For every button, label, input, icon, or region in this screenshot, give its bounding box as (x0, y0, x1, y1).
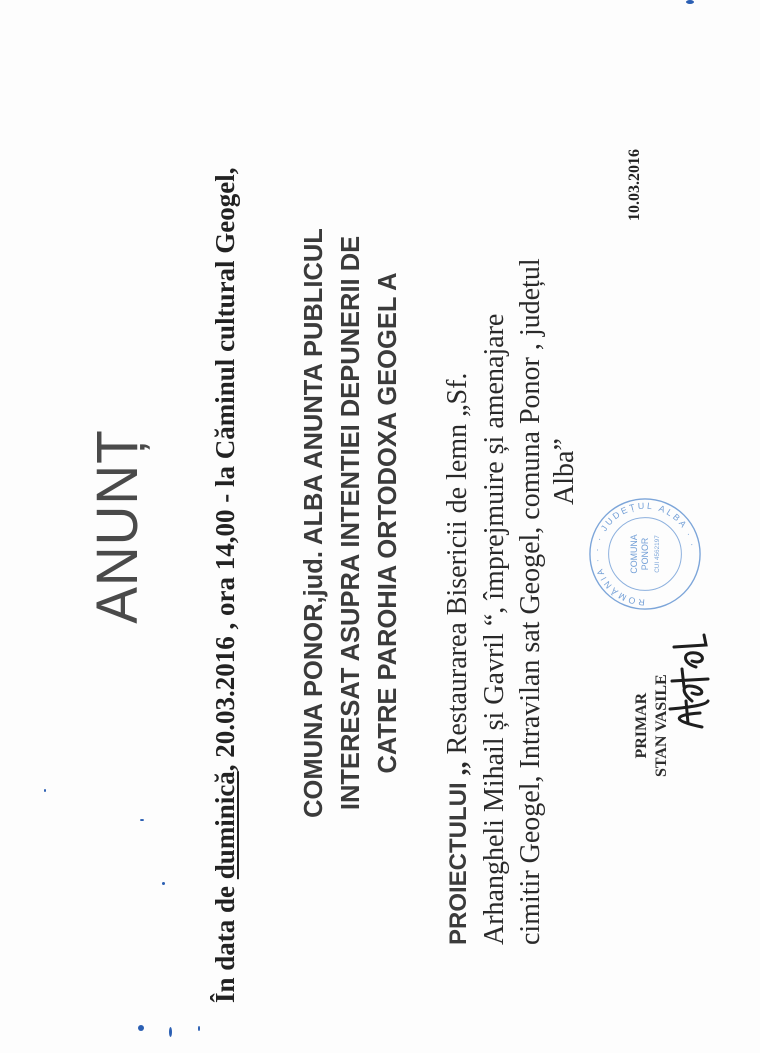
announcement-line: COMUNA PONOR,jud. ALBA ANUNTA PUBLICUL (296, 0, 333, 1053)
project-label: PROIECTULUI (445, 782, 472, 945)
scan-speck (44, 789, 46, 792)
svg-text:COMUNA: COMUNA (629, 534, 639, 573)
svg-text:CUI 4562197: CUI 4562197 (654, 535, 661, 573)
project-line-1: Restaurarea Bisericii de lemn „Sf. (442, 373, 473, 755)
document-title: ANUNȚ (84, 26, 151, 1026)
announcement-line: INTERESAT ASUPRA INTENTIEI DEPUNERII DE (333, 0, 370, 1053)
svg-text:PONOR: PONOR (640, 538, 650, 570)
project-line-2: Arhangheli Mihail și Gavril “, împrejmui… (477, 45, 513, 945)
announcement-line: CATRE PAROHIA ORTODOXA GEOGEL A (370, 0, 407, 1053)
official-stamp-icon: ROMÂNIA · · · JUDEȚUL ALBA · · COMUNA PO… (586, 495, 704, 613)
signer-role: PRIMAR (632, 674, 652, 777)
project-open-quote: ,, (442, 754, 473, 782)
project-line: PROIECTULUI ,, Restaurarea Bisericii de … (440, 45, 477, 945)
signature-icon (662, 621, 714, 731)
rotated-page: ANUNȚ În data de duminică, 20.03.2016 , … (0, 0, 760, 1053)
document-date: 10.03.2016 (626, 149, 644, 221)
scan-speck (198, 1026, 200, 1031)
intro-day: duminică (210, 771, 240, 879)
scan-speck (686, 0, 694, 4)
scan-speck (140, 819, 144, 821)
scan-speck (138, 1025, 144, 1031)
intro-line: În data de duminică, 20.03.2016 , ora 14… (210, 167, 241, 1003)
project-block: PROIECTULUI ,, Restaurarea Bisericii de … (440, 45, 583, 945)
scanned-document: ANUNȚ În data de duminică, 20.03.2016 , … (0, 0, 760, 1053)
scan-speck (162, 882, 165, 885)
project-line-4: Alba” (547, 45, 583, 945)
project-line-3: cimitir Geogel, Intravilan sat Geogel, c… (513, 45, 549, 945)
intro-suffix: , 20.03.2016 , ora 14,00 - la Căminul cu… (210, 167, 240, 771)
intro-prefix: În data de (210, 879, 240, 1003)
scan-speck (169, 1027, 172, 1037)
announcement-block: COMUNA PONOR,jud. ALBA ANUNTA PUBLICUL I… (296, 0, 407, 1053)
